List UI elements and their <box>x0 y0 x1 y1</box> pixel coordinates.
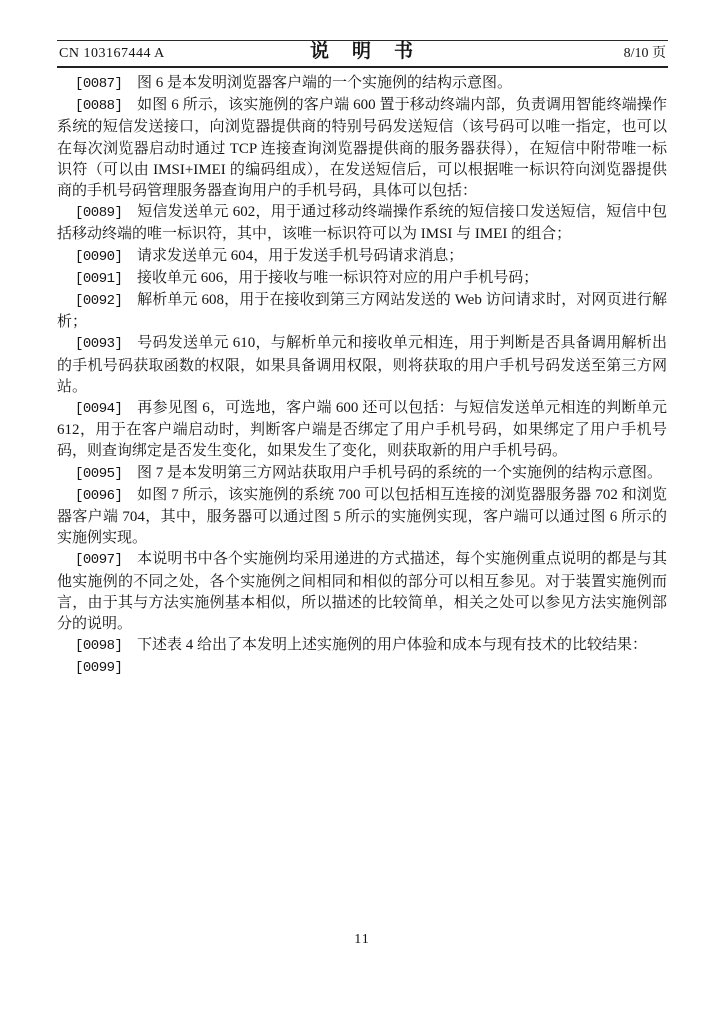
paragraph-number: [0098] <box>75 636 125 657</box>
paragraph-number: [0089] <box>75 203 125 224</box>
page-header: CN 103167444 A 说 明 书 8/10 页 <box>57 40 668 68</box>
document-body: [0087]图 6 是本发明浏览器客户端的一个实施例的结构示意图。 [0088]… <box>57 73 667 680</box>
paragraph-number: [0093] <box>75 334 125 355</box>
paragraph-number: [0090] <box>75 247 125 268</box>
paragraph-text: 再参见图 6，可选地，客户端 600 还可以包括：与短信发送单元相连的判断单元 … <box>57 400 667 459</box>
paragraph-number: [0099] <box>75 658 125 679</box>
paragraph-text: 号码发送单元 610，与解析单元和接收单元相连，用于判断是否具备调用解析出的手机… <box>57 335 667 394</box>
paragraph-text: 下述表 4 给出了本发明上述实施例的用户体验和成本与现有技术的比较结果： <box>137 637 647 653</box>
paragraph: [0089]短信发送单元 602，用于通过移动终端操作系统的短信接口发送短信，短… <box>57 202 667 245</box>
paragraph-text: 如图 7 所示，该实施例的系统 700 可以包括相互连接的浏览器服务器 702 … <box>57 487 667 546</box>
paragraph-text: 图 7 是本发明第三方网站获取用户手机号码的系统的一个实施例的结构示意图。 <box>137 465 662 481</box>
paragraph-text: 解析单元 608，用于在接收到第三方网站发送的 Web 访问请求时，对网页进行解… <box>57 292 667 330</box>
paragraph-number: [0091] <box>75 269 125 290</box>
paragraph: [0099] <box>57 657 667 679</box>
page-footer: 11 <box>0 932 724 948</box>
paragraph-number: [0087] <box>75 74 125 95</box>
paragraph-number: [0096] <box>75 486 125 507</box>
paragraph-number: [0088] <box>75 96 125 117</box>
paragraph-number: [0092] <box>75 291 125 312</box>
paragraph-text: 接收单元 606，用于接收与唯一标识符对应的用户手机号码； <box>137 270 538 286</box>
paragraph-number: [0097] <box>75 550 125 571</box>
paragraph: [0096]如图 7 所示，该实施例的系统 700 可以包括相互连接的浏览器服务… <box>57 485 667 550</box>
paragraph: [0091]接收单元 606，用于接收与唯一标识符对应的用户手机号码； <box>57 268 667 290</box>
paragraph: [0088]如图 6 所示，该实施例的客户端 600 置于移动终端内部，负责调用… <box>57 95 667 202</box>
paragraph: [0092]解析单元 608，用于在接收到第三方网站发送的 Web 访问请求时，… <box>57 290 667 333</box>
sheet-page-indicator: 8/10 页 <box>624 42 666 62</box>
paragraph-text: 图 6 是本发明浏览器客户端的一个实施例的结构示意图。 <box>137 75 512 91</box>
paragraph: [0097]本说明书中各个实施例均采用递进的方式描述，每个实施例重点说明的都是与… <box>57 549 667 635</box>
paragraph: [0098]下述表 4 给出了本发明上述实施例的用户体验和成本与现有技术的比较结… <box>57 635 667 657</box>
paragraph-text: 本说明书中各个实施例均采用递进的方式描述，每个实施例重点说明的都是与其他实施例的… <box>57 551 667 632</box>
paragraph: [0093]号码发送单元 610，与解析单元和接收单元相连，用于判断是否具备调用… <box>57 333 667 398</box>
paragraph-text: 请求发送单元 604，用于发送手机号码请求消息； <box>137 248 463 264</box>
paragraph-number: [0095] <box>75 464 125 485</box>
paragraph: [0094]再参见图 6，可选地，客户端 600 还可以包括：与短信发送单元相连… <box>57 398 667 463</box>
footer-page-number: 11 <box>354 932 369 947</box>
paragraph-number: [0094] <box>75 399 125 420</box>
document-type-title: 说 明 书 <box>310 36 415 63</box>
paragraph: [0095]图 7 是本发明第三方网站获取用户手机号码的系统的一个实施例的结构示… <box>57 463 667 485</box>
paragraph: [0090]请求发送单元 604，用于发送手机号码请求消息； <box>57 246 667 268</box>
patent-number: CN 103167444 A <box>59 46 165 62</box>
patent-document-page: CN 103167444 A 说 明 书 8/10 页 [0087]图 6 是本… <box>0 0 724 1024</box>
paragraph-text: 如图 6 所示，该实施例的客户端 600 置于移动终端内部，负责调用智能终端操作… <box>57 97 667 199</box>
paragraph-text: 短信发送单元 602，用于通过移动终端操作系统的短信接口发送短信，短信中包括移动… <box>57 204 667 242</box>
paragraph: [0087]图 6 是本发明浏览器客户端的一个实施例的结构示意图。 <box>57 73 667 95</box>
